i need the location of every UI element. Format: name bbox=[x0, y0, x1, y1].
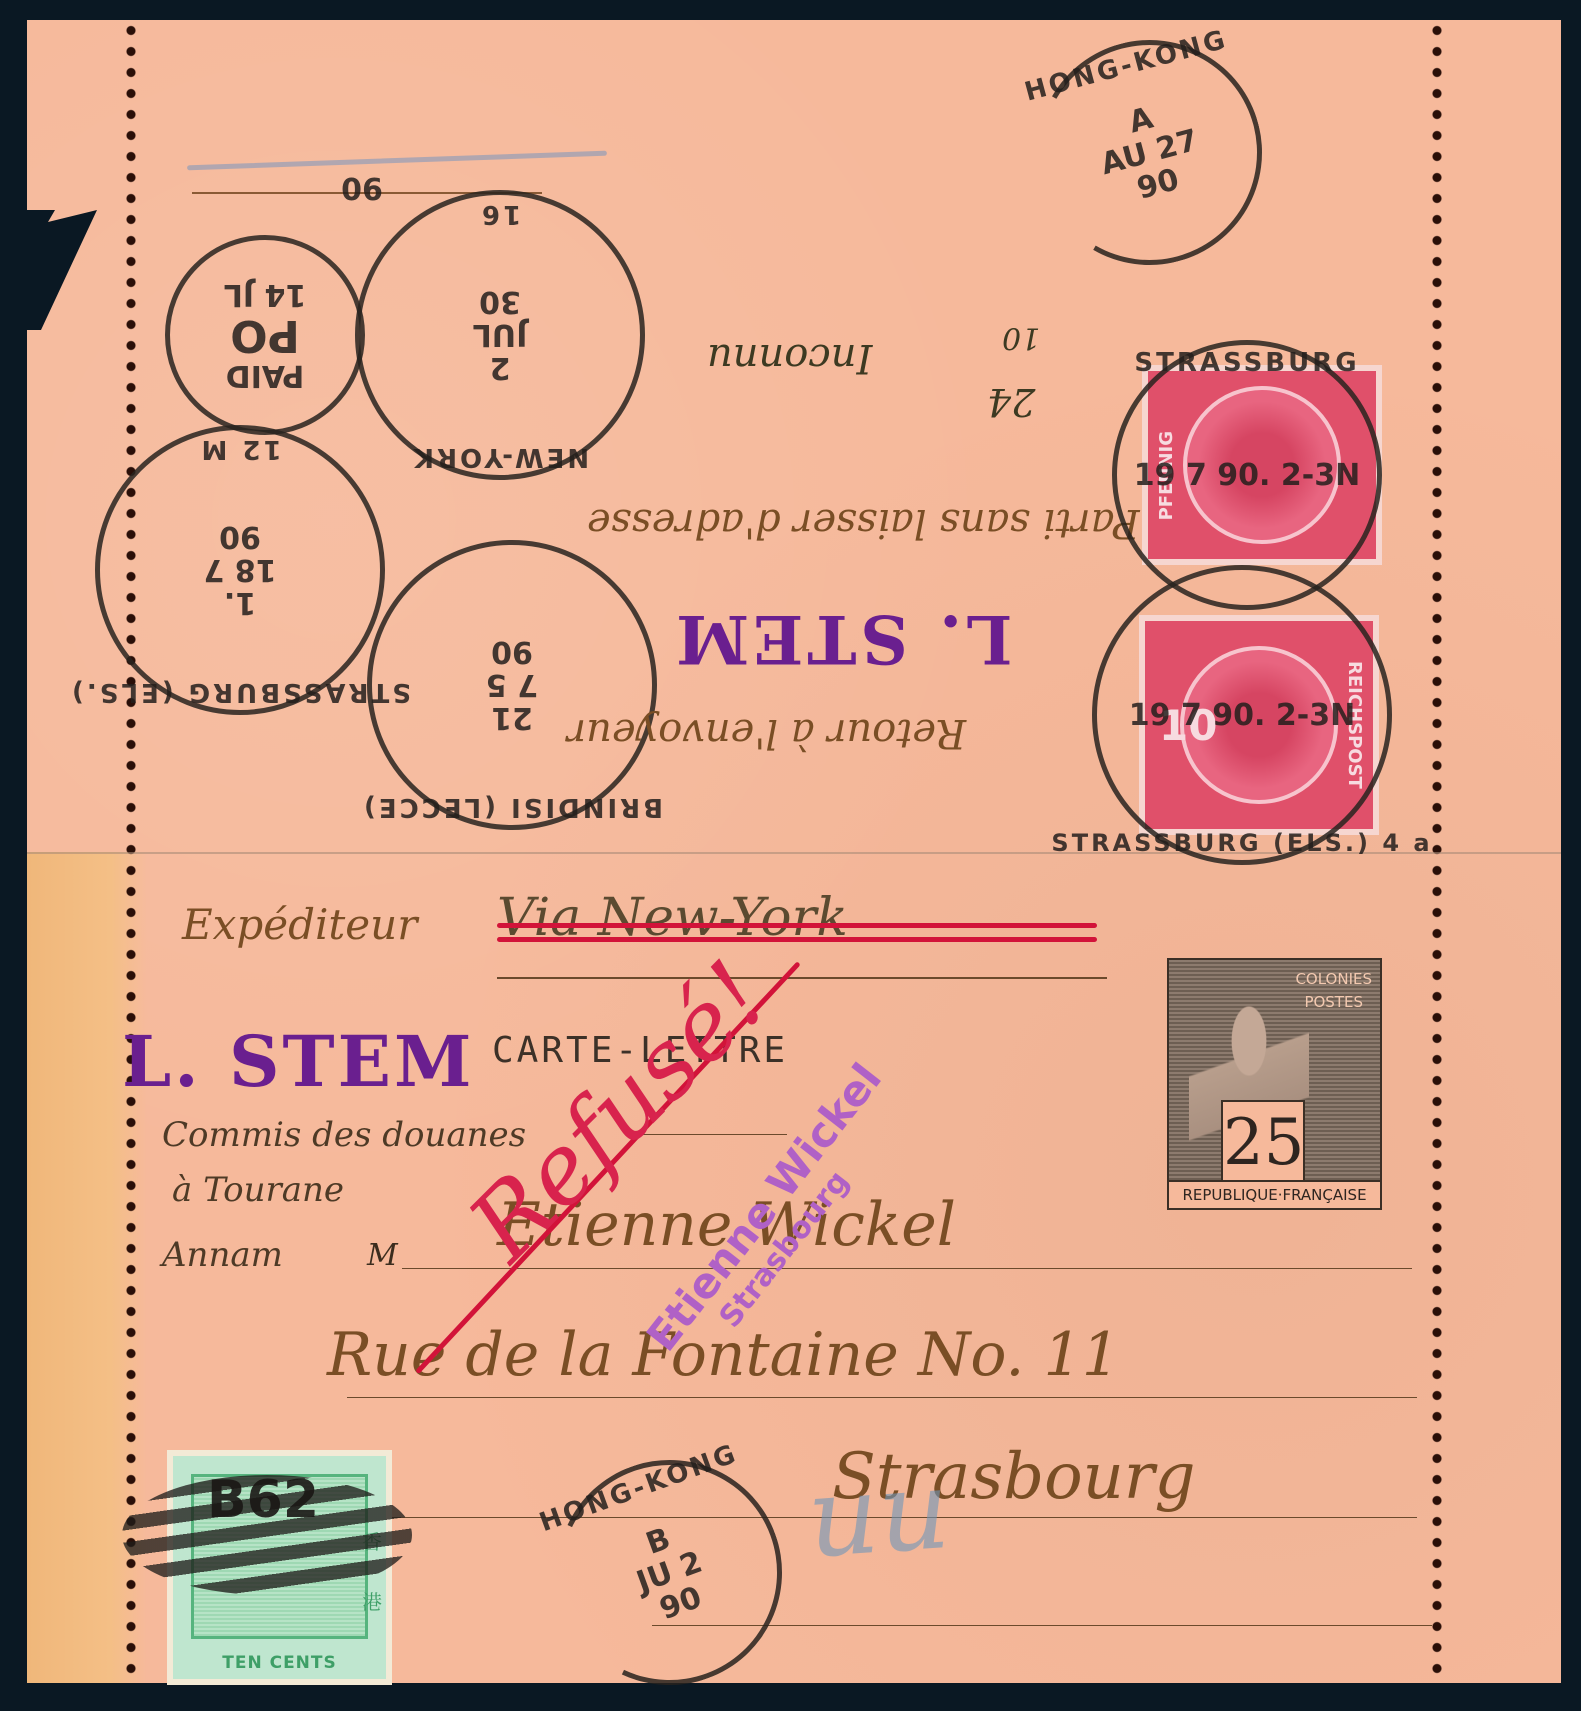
postmark-strassburg-arrival: STRASSBURG (ELS.) 1. 18 7 90 12 M bbox=[95, 425, 385, 715]
carte-lettre-card: HONG-KONG A AU 27 90 PAID PO 14 JL 90 NE… bbox=[27, 20, 1561, 1683]
postmark-hongkong-arrival: HONG-KONG A AU 27 90 bbox=[1012, 15, 1288, 291]
sender-name-stamp: L. STEM bbox=[122, 1020, 474, 1103]
postmark-paid-year: 90 bbox=[322, 168, 402, 208]
sender-label: Expéditeur bbox=[182, 900, 417, 949]
postmark-paid: PAID PO 14 JL bbox=[165, 235, 365, 435]
recipient-prefix: M bbox=[367, 1238, 398, 1273]
address-rule-1 bbox=[402, 1268, 1412, 1269]
b62-killer-cancel: B62 bbox=[122, 1450, 412, 1600]
note-10: 10 bbox=[1002, 320, 1040, 355]
sender-rule bbox=[497, 977, 1107, 979]
note-parti: Parti sans laisser d'adresse bbox=[587, 500, 1140, 546]
sender-line-3: Annam bbox=[162, 1235, 283, 1275]
note-24: 24 bbox=[987, 380, 1035, 424]
note-retour: Retour à l'envoyeur bbox=[567, 710, 966, 756]
postmark-hongkong-origin: HONG-KONG B JU 2 90 bbox=[525, 1428, 813, 1711]
torn-corner bbox=[27, 210, 97, 330]
sender-line-1: Commis des douanes bbox=[162, 1115, 526, 1155]
postmark-newyork: NEW-YORK 2 JUL 30 16 bbox=[355, 190, 645, 480]
note-inconnu: Inconnu bbox=[707, 335, 872, 381]
blue-pencil-stroke bbox=[187, 151, 607, 171]
address-rule-2 bbox=[347, 1397, 1417, 1398]
postmark-brindisi: BRINDISI (LECCE) 21 7 5 90 bbox=[367, 540, 657, 830]
top-perforation-edge bbox=[27, 14, 1561, 24]
postmark-strassburg-2: 19 7 90. 2-3N STRASSBURG (ELS.) 4 a bbox=[1092, 565, 1392, 865]
strike-line-2 bbox=[497, 937, 1097, 942]
sender-stamp-upside-down: L. STEM bbox=[672, 600, 1013, 678]
french-colonies-25c-stamp: COLONIES POSTES 25 REPUBLIQUE·FRANÇAISE bbox=[1167, 958, 1382, 1210]
strike-line-1 bbox=[497, 923, 1097, 928]
sender-line-2: à Tourane bbox=[172, 1170, 344, 1210]
